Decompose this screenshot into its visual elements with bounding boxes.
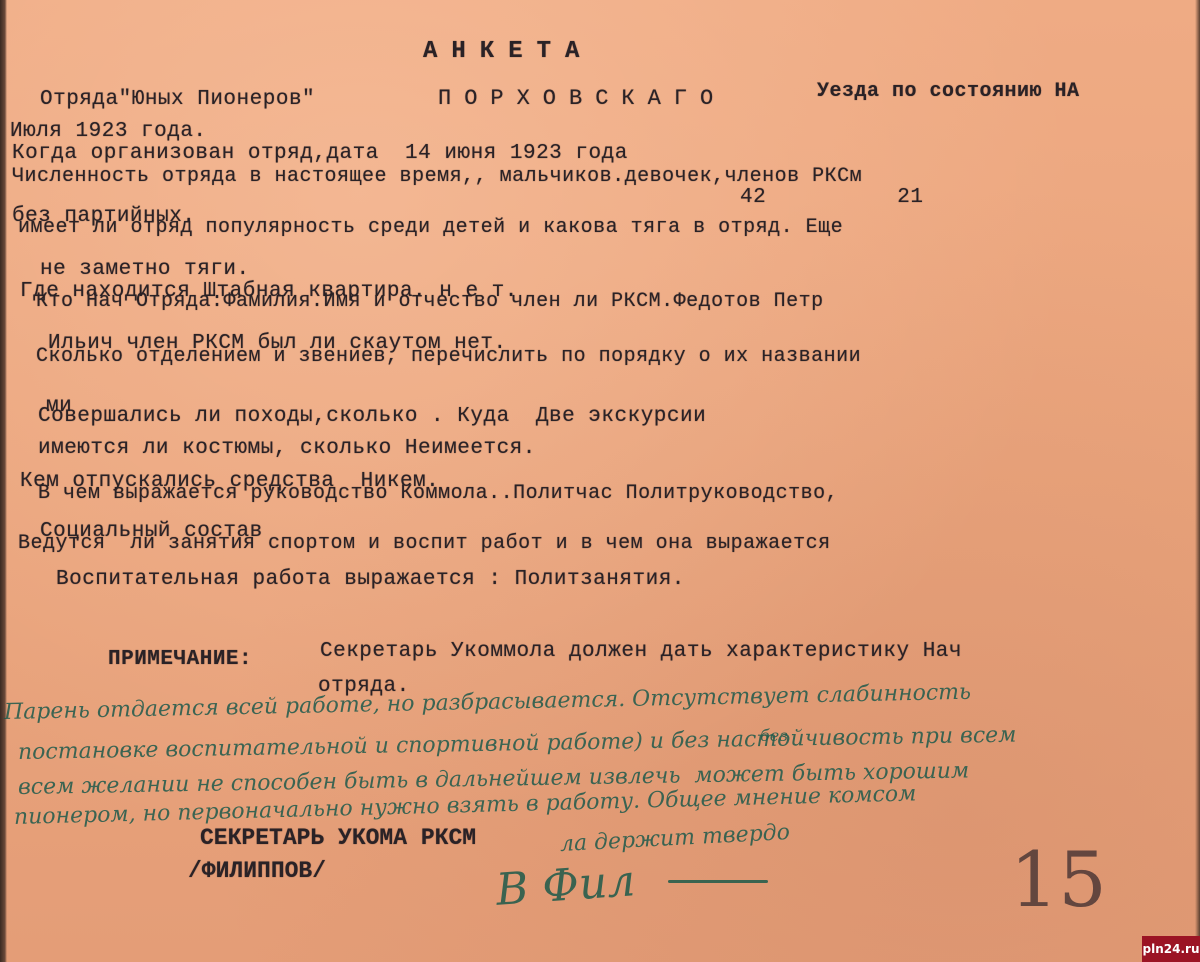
line-organized: Когда организован отряд,дата 14 июня 192… — [12, 142, 628, 165]
line-leader: Кто Нач Отряда:Фамилия.Имя и отчество чл… — [36, 290, 824, 313]
line-education: Воспитательная работа выражается : Полит… — [56, 568, 685, 591]
headcount-values: 42 21 — [740, 186, 923, 209]
signature-title: СЕКРЕТАРЬ УКОМА РКСМ — [200, 825, 476, 851]
page-number: 15 — [1010, 835, 1107, 924]
handwritten-signature: В Фил — [494, 855, 636, 916]
line-date: Июля 1923 года. — [10, 120, 207, 143]
document-title: АНКЕТА — [423, 38, 593, 65]
binding-edge — [0, 0, 7, 962]
signature-line — [668, 880, 768, 883]
watermark: pln24.ru — [1142, 936, 1200, 962]
line-hikes: Совершались ли походы,сколько . Куда Две… — [38, 405, 706, 428]
line-state-as-of: Уезда по состоянию НА — [817, 80, 1080, 103]
signature-name: /ФИЛИППОВ/ — [188, 858, 326, 884]
line-sports: Ведутся ли занятия спортом и воспит рабо… — [18, 532, 831, 555]
line-units: Сколько отделением и звениев, перечислит… — [36, 345, 861, 368]
line-leadership: В чем выражается руководство Коммола..По… — [38, 482, 838, 505]
note-label: ПРИМЕЧАНИЕ: — [108, 648, 252, 671]
line-no-attraction: не заметно тяги. — [40, 258, 250, 281]
line-costumes: имеются ли костюмы, сколько Неимеется. — [38, 437, 536, 460]
note-text: Секретарь Укоммола должен дать характери… — [320, 640, 962, 663]
line-headcount: Численность отряда в настоящее время,, м… — [12, 165, 862, 188]
line-detachment: Отряда"Юных Пионеров" — [40, 88, 315, 111]
page-edge — [1195, 0, 1200, 962]
line-district: ПОРХОВСКАГО — [438, 86, 726, 111]
line-popularity: имеет ли отряд популярность среди детей … — [18, 216, 843, 239]
